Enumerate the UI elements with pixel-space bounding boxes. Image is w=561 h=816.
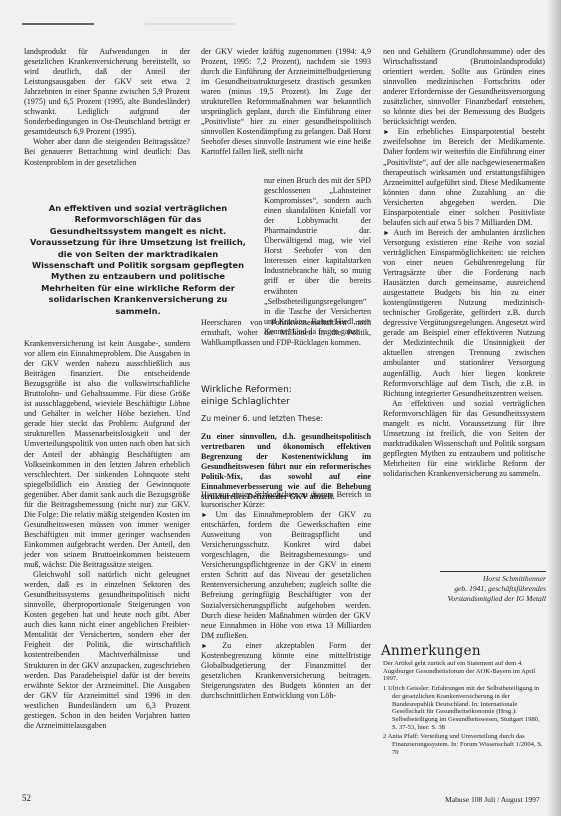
bullet-arrow-icon: ► [383,128,390,136]
bullet-paragraph: ► Zu einer akzeptablen Form der Kostenbe… [201,641,371,701]
author-name: Horst Schmitthenner [440,574,546,584]
bullet-paragraph: ► Auch im Bereich der ambulanten ärztlic… [383,228,545,399]
bullet-paragraph: ► Ein erhebliches Einsparpotential beste… [383,127,545,227]
paragraph: An effektiven und sozial verträglichen R… [383,399,545,479]
section-heading-line: einige Schlaglichter [201,396,371,408]
paragraph: Krankenversicherung ist kein Ausgabe-, s… [24,339,190,570]
thesis-heading: Zu meiner 6. und letzten These: [201,414,371,423]
author-bio: geb. 1941, geschäftsführendes [440,584,546,594]
page-number: 52 [22,793,31,803]
author-box: Horst Schmitthenner geb. 1941, geschäfts… [440,571,546,604]
footnote: 2 Anita Pfaff: Verteilung und Umverteilu… [383,733,543,756]
column-2-top: der GKV wieder kräftig zugenommen (1994:… [201,47,371,158]
paragraph: Woher aber dann die steigenden Beitragss… [24,137,190,167]
top-rule [145,23,235,25]
author-bio: Vorstandsmitglied der IG Metall [440,594,546,604]
column-2-bottom: Hier nur einige Schlaglichter zu diesem … [201,490,371,701]
page-edge-shadow [547,0,561,816]
column-1-top: landsprodukt für Aufwendungen in der ges… [24,47,190,168]
column-2-bridge: Heerscharen von Politikwissenschaftlern … [201,318,371,348]
bullet-arrow-icon: ► [201,642,208,650]
top-rule [22,23,94,25]
column-2-narrow: nur einen Bruch des mit der SPD geschlos… [264,176,371,337]
notes-heading: Anmerkungen [381,643,481,659]
paragraph: Heerscharen von Politikwissenschaftlern … [201,318,371,348]
paragraph: landsprodukt für Aufwendungen in der ges… [24,47,190,137]
section-heading-line: Wirkliche Reformen: [201,384,371,396]
paragraph: Hier nur einige Schlaglichter zu diesem … [201,490,371,510]
footnote: 1 Ulrich Geissler: Erfahrungen mit der S… [383,685,543,731]
bullet-arrow-icon: ► [201,511,208,519]
bullet-arrow-icon: ► [383,229,390,237]
paragraph: nur einen Bruch des mit der SPD geschlos… [264,176,371,337]
section-heading: Wirkliche Reformen: einige Schlaglichter [201,384,371,408]
publication-footer: Mabuse 108 Juli / August 1997 [445,795,540,804]
paragraph: der GKV wieder kräftig zugenommen (1994:… [201,47,371,158]
footnote-intro: Der Artikel geht zurück auf ein Statemen… [383,660,543,683]
column-1-bottom: Krankenversicherung ist kein Ausgabe-, s… [24,339,190,731]
paragraph: Gleichwohl soll natürlich nicht geleugne… [24,570,190,731]
paragraph: nen und Gehältern (Grundlohnsumme) oder … [383,47,545,127]
footnotes: Der Artikel geht zurück auf ein Statemen… [383,660,543,758]
pull-quote: An effektiven und sozial verträglichen R… [30,203,246,317]
bullet-paragraph: ► Um das Einnahmeproblem der GKV zu ents… [201,510,371,641]
magazine-page: landsprodukt für Aufwendungen in der ges… [0,0,561,816]
column-3: nen und Gehältern (Grundlohnsumme) oder … [383,47,545,479]
